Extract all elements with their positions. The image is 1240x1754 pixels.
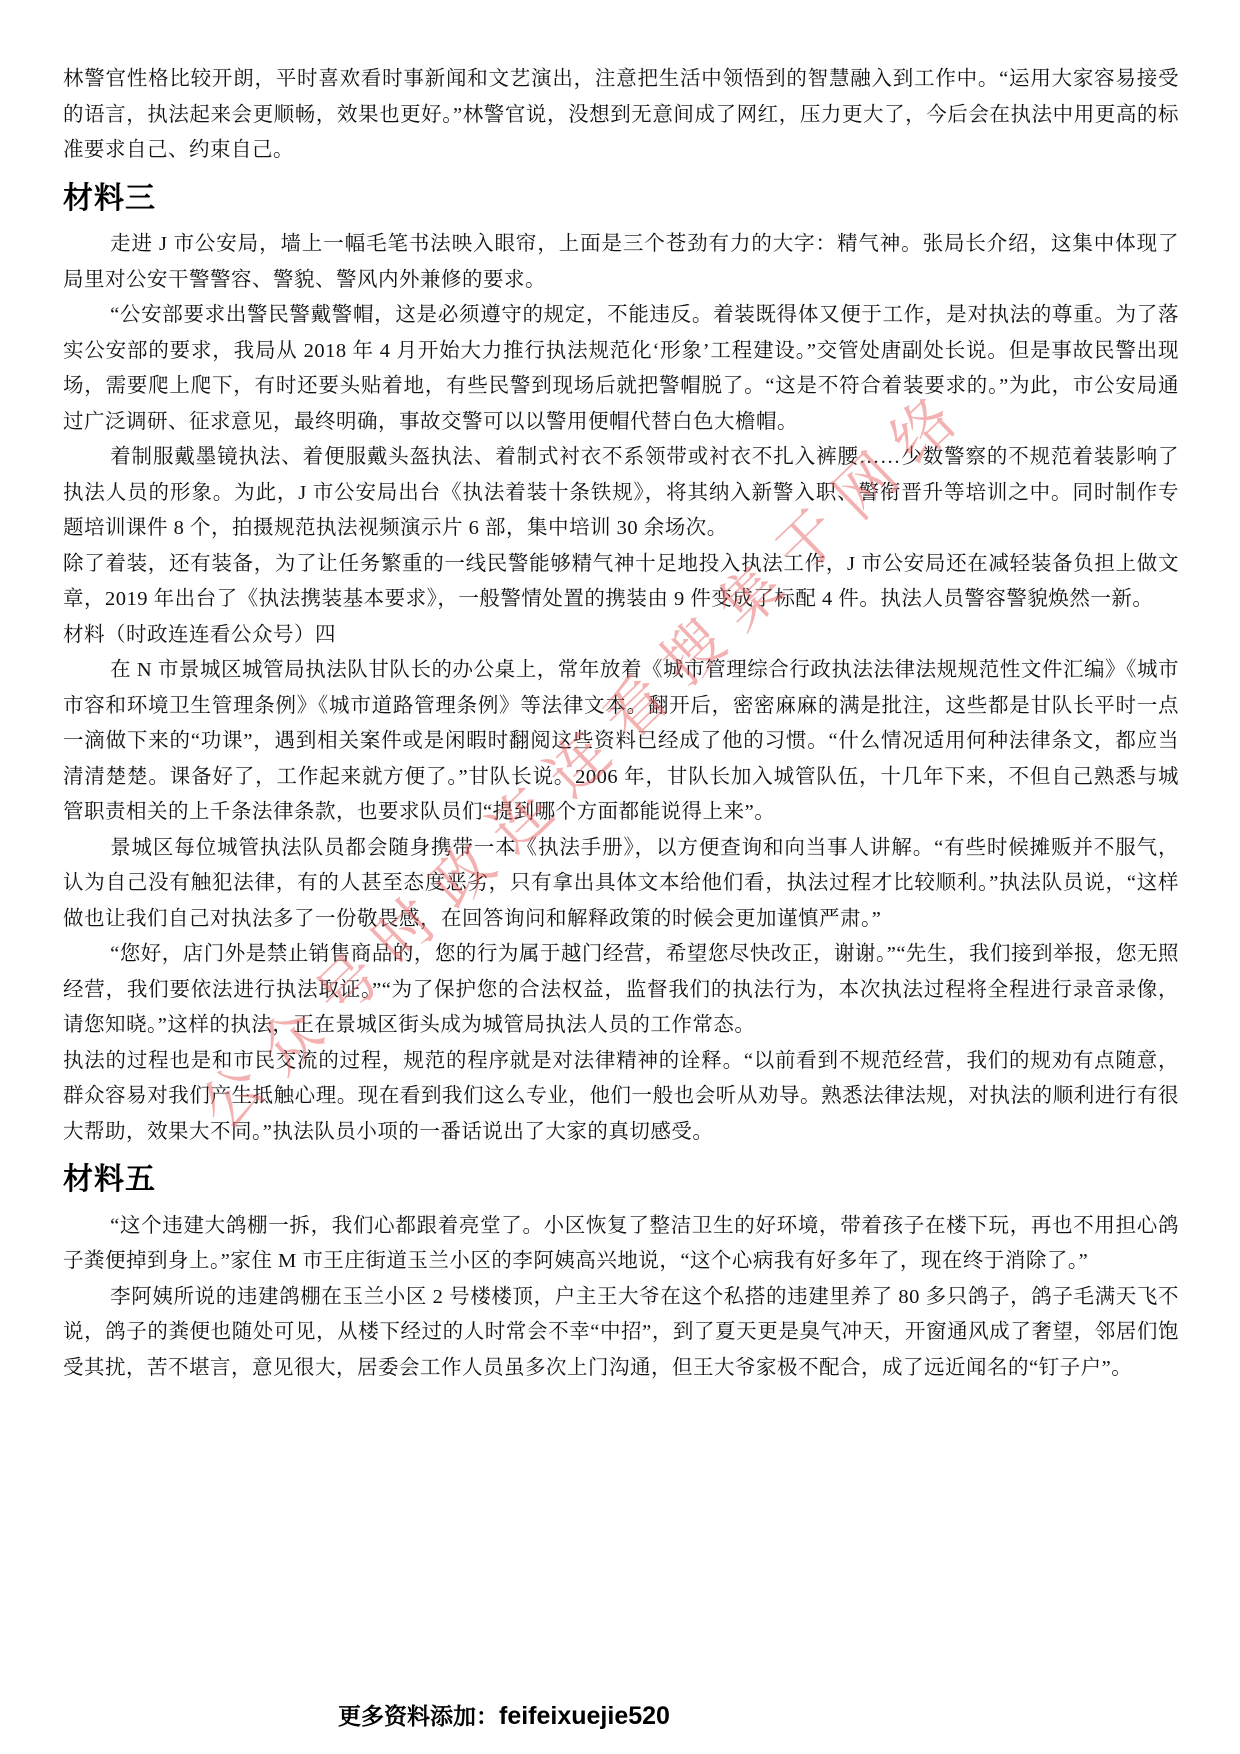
paragraph-m4-2: 景城区每位城管执法队员都会随身携带一本《执法手册》，以方便查询和向当事人讲解。“… (63, 831, 1179, 938)
section-heading-material-5: 材料五 (63, 1160, 1179, 1201)
paragraph-m3-4: 除了着装，还有装备，为了让任务繁重的一线民警能够精气神十足地投入执法工作，J 市… (63, 547, 1179, 618)
paragraph-m3-2: “公安部要求出警民警戴警帽，这是必须遵守的规定，不能违反。着装既得体又便于工作，… (63, 298, 1179, 440)
paragraph-m4-1: 在 N 市景城区城管局执法队甘队长的办公桌上，常年放着《城市管理综合行政执法法律… (63, 653, 1179, 831)
paragraph-m4-4: 执法的过程也是和市民交流的过程，规范的程序就是对法律精神的诠释。“以前看到不规范… (63, 1044, 1179, 1151)
document-content: 林警官性格比较开朗，平时喜欢看时事新闻和文艺演出，注意把生活中领悟到的智慧融入到… (63, 62, 1179, 1386)
footer-account: feifeixuejie520 (499, 1702, 670, 1730)
document-page: 公众号时政连连看搜集于网络 林警官性格比较开朗，平时喜欢看时事新闻和文艺演出，注… (0, 0, 1240, 1754)
section-heading-material-3: 材料三 (63, 179, 1179, 220)
paragraph-m3-3: 着制服戴墨镜执法、着便服戴头盔执法、着制式衬衣不系领带或衬衣不扎入裤腰……少数警… (63, 440, 1179, 547)
paragraph-m4-3: “您好，店门外是禁止销售商品的，您的行为属于越门经营，希望您尽快改正，谢谢。”“… (63, 937, 1179, 1044)
paragraph-intro: 林警官性格比较开朗，平时喜欢看时事新闻和文艺演出，注意把生活中领悟到的智慧融入到… (63, 62, 1179, 169)
footer-label: 更多资料添加： (338, 1704, 499, 1729)
paragraph-m3-1: 走进 J 市公安局，墙上一幅毛笔书法映入眼帘，上面是三个苍劲有力的大字：精气神。… (63, 227, 1179, 298)
paragraph-m5-2: 李阿姨所说的违建鸽棚在玉兰小区 2 号楼楼顶，户主王大爷在这个私搭的违建里养了 … (63, 1280, 1179, 1387)
material-4-label: 材料（时政连连看公众号）四 (63, 618, 1179, 654)
page-footer: 更多资料添加：feifeixuejie520 (338, 1698, 670, 1731)
paragraph-m5-1: “这个违建大鸽棚一拆，我们心都跟着亮堂了。小区恢复了整洁卫生的好环境，带着孩子在… (63, 1209, 1179, 1280)
